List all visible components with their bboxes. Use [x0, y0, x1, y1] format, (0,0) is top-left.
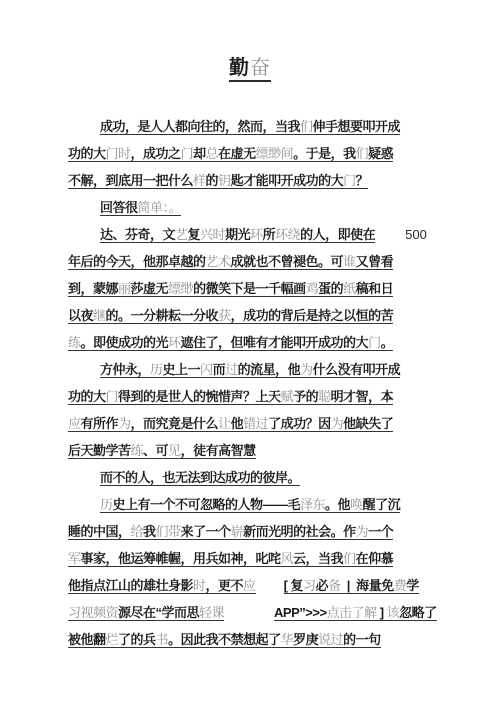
text-segment: 来了一个: [181, 524, 231, 540]
text-segment: 环: [168, 335, 181, 351]
text-segment: 见: [168, 443, 181, 459]
text-line: 年后的今天，他那卓越的艺术成就也不曾褪色。可谁又曾看: [68, 248, 500, 275]
text-segment: 后天勤学苦: [68, 443, 131, 459]
text-line: 回答很简单：。: [68, 194, 500, 221]
text-segment: 在仰慕: [356, 551, 394, 567]
text-line: 而不的人，也无法到达成功的彼岸。: [68, 464, 500, 491]
text-segment: 给: [131, 524, 144, 540]
text-segment: 云，当我: [293, 551, 343, 567]
text-segment: 疑惑: [368, 146, 393, 162]
text-segment: 的。一分耕耘一分收: [106, 308, 219, 324]
text-segment: 缥缈间: [256, 146, 294, 162]
text-segment: 为: [118, 416, 131, 432]
text-segment: 为: [356, 524, 369, 540]
text-segment: 习视频资: [68, 605, 118, 621]
text-segment: 。: [381, 335, 394, 351]
text-segment: ？: [356, 173, 369, 189]
text-segment: 门: [106, 389, 119, 405]
text-segment: 风: [281, 551, 294, 567]
text-line: 成功，是人人都向往的，然而，当我们伸手想要叩开成: [68, 113, 500, 140]
text-segment: 唤: [350, 497, 363, 513]
text-segment: 成功，是人人都向往的，然而，当我: [100, 119, 300, 135]
number-annotation: 500: [405, 227, 427, 242]
text-line: 军事家，他运筹帷幄，用兵如神，叱咤风云，当我们在仰慕: [68, 545, 500, 572]
text-segment: 事家，他运筹帷幄，用兵如神，叱咤: [81, 551, 281, 567]
text-segment: 简单：。: [138, 200, 182, 216]
text-segment: 们: [343, 551, 356, 567]
text-segment: 勤: [229, 57, 250, 82]
text-segment: 成就也不曾褪色。可: [231, 254, 344, 270]
text-segment: ，徒有高智慧: [181, 443, 256, 459]
text-segment: 罗庚: [293, 632, 318, 648]
text-segment: ]: [377, 605, 387, 621]
text-segment: 了成功？因: [268, 416, 331, 432]
text-segment: 艺: [175, 227, 188, 243]
text-segment: 赋: [281, 389, 294, 405]
text-line: 历史上有一个不可忽略的人物——毛泽东。他唤醒了沉: [68, 491, 500, 518]
text-segment: 应: [243, 578, 256, 594]
text-segment: 门: [181, 146, 194, 162]
text-line: 习视频资源尽在“学而思轻课APP”>>>点击了解 ] 该忽略了: [68, 599, 500, 626]
text-gap: [224, 616, 274, 617]
text-segment: 奋: [250, 57, 271, 82]
text-segment: 、可: [143, 443, 168, 459]
text-segment: 伸手想要叩开成: [313, 119, 401, 135]
text-segment: 有所作: [81, 416, 119, 432]
text-segment: 的一句: [343, 632, 381, 648]
text-segment: 样: [193, 173, 206, 189]
text-segment: 年后的今天，他那卓越的: [68, 254, 206, 270]
text-segment: 缥缈: [168, 281, 193, 297]
text-segment: 该: [387, 605, 400, 621]
text-segment: 泽东: [300, 497, 325, 513]
text-segment: 们: [356, 146, 369, 162]
text-segment: 。他: [325, 497, 350, 513]
text-line: 后天勤学苦练、可见，徒有高智慧: [68, 437, 500, 464]
text-segment: 书: [156, 632, 169, 648]
text-segment: 必: [316, 578, 329, 594]
text-segment: 复: [291, 578, 304, 594]
text-line: 到，蒙娜丽莎虚无缥缈的微笑下是一千幅画鸡蛋的纸稿和日: [68, 275, 500, 302]
text-segment: 回答很: [100, 200, 138, 216]
text-segment: 华: [281, 632, 294, 648]
text-line: 应有所作为，而究竟是什么让他错过了成功？因为他缺失了: [68, 410, 500, 437]
document-body: 成功，是人人都向往的，然而，当我们伸手想要叩开成功的大门时，成功之门却总在虚无缥…: [68, 113, 500, 653]
text-segment: 而: [213, 362, 226, 378]
text-segment: 蛋的: [318, 281, 343, 297]
text-segment: 烂: [106, 632, 119, 648]
text-segment: 却: [193, 146, 206, 162]
text-segment: 方仲永，: [100, 362, 150, 378]
text-segment: 总: [206, 146, 219, 162]
text-segment: 一个: [368, 524, 393, 540]
text-segment: 的人，即使在: [300, 227, 375, 243]
text-line: 被他翻烂了的兵书。因此我不禁想起了华罗庚说过的一句: [68, 626, 500, 653]
text-segment: 丽: [118, 281, 131, 297]
text-segment: 。即使成功的光: [81, 335, 169, 351]
text-segment: 而不的人，也无法到达成功的彼岸。: [100, 470, 300, 486]
text-segment: 兴时: [200, 227, 225, 243]
text-segment: 史上一: [163, 362, 201, 378]
text-segment: 得到的是世人的惋惜声？上天: [118, 389, 281, 405]
text-segment: 了的兵: [118, 632, 156, 648]
text-segment: |: [341, 578, 357, 594]
text-line: 他指点江山的雄壮身影时，更不应[ 复习必备 | 海量免费学: [68, 572, 500, 599]
text-segment: 为: [331, 416, 344, 432]
text-segment: 睡的中国，: [68, 524, 131, 540]
text-segment: 轻课: [199, 605, 224, 621]
text-segment: 以夜: [68, 308, 93, 324]
text-segment: 予的: [293, 389, 318, 405]
text-segment: 遮住了，但唯有才能叩开成功的大: [181, 335, 369, 351]
text-segment: 醒了沉: [363, 497, 401, 513]
text-segment: 让: [218, 416, 231, 432]
text-line: 功的大门时，成功之门却总在虚无缥缈间。于是，我们疑惑: [68, 140, 500, 167]
text-segment: 继: [93, 308, 106, 324]
text-segment: 稿和日: [356, 281, 394, 297]
text-line: 不解，到底用一把什么样的钥匙才能叩开成功的大门？: [68, 167, 500, 194]
text-segment: 不解，到底用一把什么: [68, 173, 193, 189]
text-segment: 环绕: [275, 227, 300, 243]
text-segment: 获: [218, 308, 231, 324]
text-segment: ，而究竟是什么: [131, 416, 219, 432]
text-segment: 新而光明的社会。作: [243, 524, 356, 540]
text-gap: [256, 589, 284, 590]
text-segment: 闪: [200, 362, 213, 378]
text-segment: 莎虚无: [131, 281, 169, 297]
text-segment: 历: [100, 497, 113, 513]
text-segment: 聪: [318, 389, 331, 405]
text-segment: 门: [368, 335, 381, 351]
text-segment: 匙才能叩开成功的大: [231, 173, 344, 189]
text-segment: 达、芬奇，文: [100, 227, 175, 243]
text-segment: 被他翻: [68, 632, 106, 648]
text-segment: 复: [188, 227, 201, 243]
text-segment: 谁: [343, 254, 356, 270]
text-segment: 的微笑下是一千幅画: [193, 281, 306, 297]
text-segment: 军: [68, 551, 81, 567]
text-segment: 我: [143, 524, 156, 540]
text-segment: 源尽在“学而思: [118, 605, 199, 621]
text-line: 睡的中国，给我们带来了一个崭新而光明的社会。作为一个: [68, 518, 500, 545]
text-segment: 时: [193, 578, 206, 594]
text-line: 以夜继的。一分耕耘一分收获，成功的背后是持之以恒的苦: [68, 302, 500, 329]
text-segment: 说过: [318, 632, 343, 648]
text-segment: 门时: [106, 146, 131, 162]
text-segment: 过: [225, 362, 238, 378]
text-segment: 所: [263, 227, 276, 243]
text-segment: 什么没有叩开成: [313, 362, 401, 378]
document-page: 勤奋 成功，是人人都向往的，然而，当我们伸手想要叩开成功的大门时，成功之门却总在…: [0, 0, 500, 708]
text-segment: 点击了解: [327, 605, 377, 621]
text-segment: 在虚无: [218, 146, 256, 162]
text-segment: 忽略了: [399, 605, 437, 621]
text-segment: 功的大: [68, 146, 106, 162]
text-line: 达、芬奇，文艺复兴时期光环所环绕的人，即使在500: [68, 221, 500, 248]
text-segment: 艺术: [206, 254, 231, 270]
text-segment: ，更不: [206, 578, 244, 594]
text-segment: [: [284, 578, 291, 594]
text-segment: 的流星，他: [238, 362, 301, 378]
text-line: 练。即使成功的光环遮住了，但唯有才能叩开成功的大门。: [68, 329, 500, 356]
text-gap: [375, 238, 405, 239]
text-segment: 们: [300, 119, 313, 135]
text-segment: 期光: [225, 227, 250, 243]
text-segment: 为: [300, 362, 313, 378]
text-segment: 他缺失了: [343, 416, 393, 432]
text-segment: 应: [68, 416, 81, 432]
text-segment: 练: [68, 335, 81, 351]
text-segment: ，成功之: [131, 146, 181, 162]
text-segment: 费: [394, 578, 407, 594]
text-segment: 纸: [343, 281, 356, 297]
text-segment: ，成功的背后是持之以恒的苦: [231, 308, 394, 324]
text-segment: APP”>>>: [274, 605, 327, 621]
text-segment: 又曾看: [356, 254, 394, 270]
essay-title: 勤奋: [0, 55, 500, 81]
text-segment: 备: [328, 578, 341, 594]
text-segment: 的: [206, 173, 219, 189]
text-segment: 。因此我不禁想起了: [168, 632, 281, 648]
text-segment: 历: [150, 362, 163, 378]
text-segment: 错过: [243, 416, 268, 432]
text-segment: 海量免: [356, 578, 394, 594]
text-segment: 到，蒙娜: [68, 281, 118, 297]
text-line: 方仲永，历史上一闪而过的流星，他为什么没有叩开成: [68, 356, 500, 383]
text-line: 功的大门得到的是世人的惋惜声？上天赋予的聪明才智，本: [68, 383, 500, 410]
text-segment: 功的大: [68, 389, 106, 405]
text-segment: 他指点江山的雄壮身影: [68, 578, 193, 594]
text-segment: 钥: [218, 173, 231, 189]
text-segment: 他: [231, 416, 244, 432]
text-segment: 学: [406, 578, 419, 594]
text-segment: 们带: [156, 524, 181, 540]
text-segment: 史上有一个不可忽略的人物——毛: [113, 497, 301, 513]
text-segment: 。于是，我: [293, 146, 356, 162]
text-segment: 习: [303, 578, 316, 594]
text-segment: 明才智，本: [331, 389, 394, 405]
text-segment: 崭: [231, 524, 244, 540]
text-segment: 练: [131, 443, 144, 459]
text-segment: 环: [250, 227, 263, 243]
text-segment: 门: [343, 173, 356, 189]
text-segment: 鸡: [306, 281, 319, 297]
